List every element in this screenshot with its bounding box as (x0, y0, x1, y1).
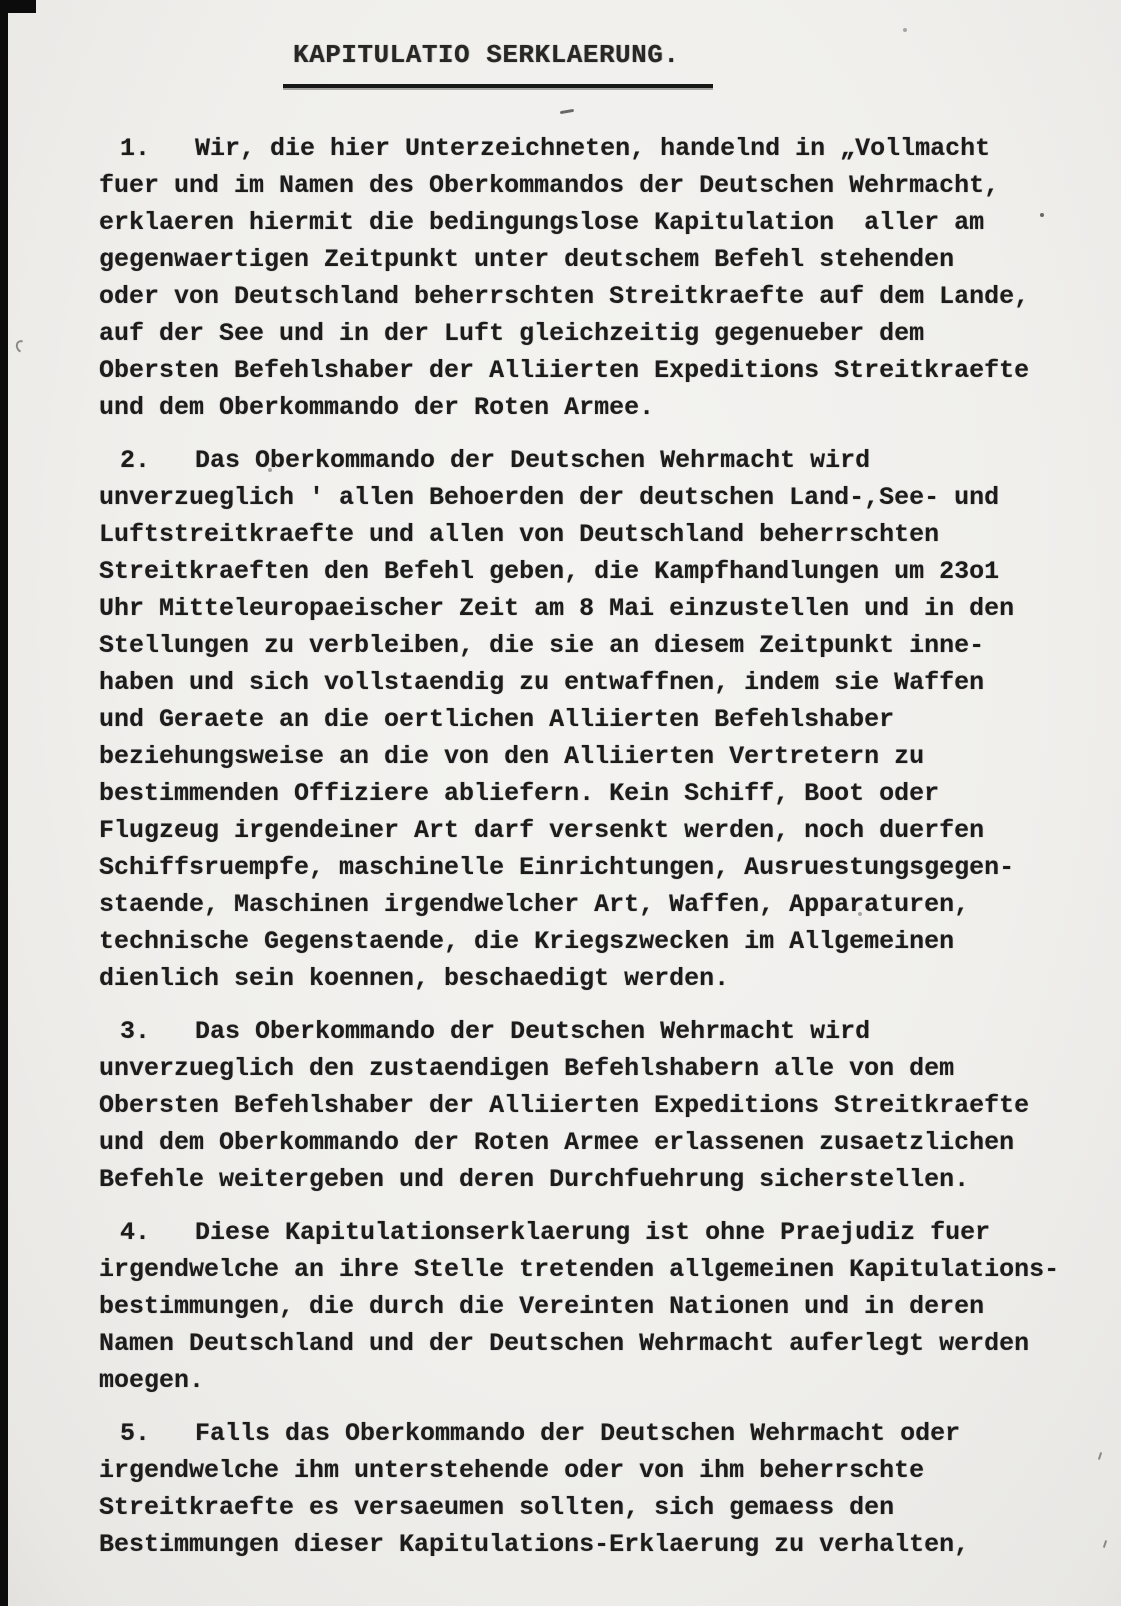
text-line: auf der See und in der Luft gleichzeitig… (99, 315, 1089, 352)
text-line: und Geraete an die oertlichen Alliierten… (99, 701, 1089, 738)
photo-artifact-dot (1040, 213, 1044, 217)
text-line: 2. Das Oberkommando der Deutschen Wehrma… (99, 442, 1089, 479)
photo-artifact-tick (1098, 1452, 1102, 1460)
text-line: Namen Deutschland und der Deutschen Wehr… (99, 1325, 1089, 1362)
text-line: Luftstreitkraefte und allen von Deutschl… (99, 516, 1089, 553)
text-line: moegen. (99, 1362, 1089, 1399)
photo-artifact-tick (1103, 1540, 1107, 1548)
document-title: KAPITULATIO SERKLAERUNG. (293, 40, 679, 70)
text-line: irgendwelche ihm unterstehende oder von … (99, 1452, 1089, 1489)
paragraph-4: 4. Diese Kapitulationserklaerung ist ohn… (99, 1214, 1089, 1399)
text-line: Streitkraeften den Befehl geben, die Kam… (99, 553, 1089, 590)
text-line: 3. Das Oberkommando der Deutschen Wehrma… (99, 1013, 1089, 1050)
text-line: 4. Diese Kapitulationserklaerung ist ohn… (99, 1214, 1089, 1251)
text-line: Stellungen zu verbleiben, die sie an die… (99, 627, 1089, 664)
text-line: Schiffsruempfe, maschinelle Einrichtunge… (99, 849, 1089, 886)
text-line: beziehungsweise an die von den Alliierte… (99, 738, 1089, 775)
text-line: haben und sich vollstaendig zu entwaffne… (99, 664, 1089, 701)
photo-top-left-corner (0, 0, 36, 13)
paragraph-1: 1. Wir, die hier Unterzeichneten, handel… (99, 130, 1089, 426)
text-line: Bestimmungen dieser Kapitulations-Erklae… (99, 1526, 1089, 1563)
text-line: bestimmungen, die durch die Vereinten Na… (99, 1288, 1089, 1325)
text-line: irgendwelche an ihre Stelle tretenden al… (99, 1251, 1089, 1288)
photo-left-edge (0, 0, 8, 1606)
text-line: Flugzeug irgendeiner Art darf versenkt w… (99, 812, 1089, 849)
document-photo: KAPITULATIO SERKLAERUNG. 1. Wir, die hie… (0, 0, 1121, 1606)
text-line: fuer und im Namen des Oberkommandos der … (99, 167, 1089, 204)
paragraph-5: 5. Falls das Oberkommando der Deutschen … (99, 1415, 1089, 1563)
text-line: gegenwaertigen Zeitpunkt unter deutschem… (99, 241, 1089, 278)
text-line: Befehle weitergeben und deren Durchfuehr… (99, 1161, 1089, 1198)
text-line: staende, Maschinen irgendwelcher Art, Wa… (99, 886, 1089, 923)
photo-artifact-dot (858, 912, 862, 916)
text-line: unverzueglich den zustaendigen Befehlsha… (99, 1050, 1089, 1087)
text-line: erklaeren hiermit die bedingungslose Kap… (99, 204, 1089, 241)
text-line: 1. Wir, die hier Unterzeichneten, handel… (99, 130, 1089, 167)
text-line: dienlich sein koennen, beschaedigt werde… (99, 960, 1089, 997)
text-line: technische Gegenstaende, die Kriegszweck… (99, 923, 1089, 960)
text-line: Uhr Mitteleuropaeischer Zeit am 8 Mai ei… (99, 590, 1089, 627)
text-line: Streitkraefte es versaeumen sollten, sic… (99, 1489, 1089, 1526)
photo-artifact-dot (268, 468, 272, 472)
text-line: und dem Oberkommando der Roten Armee erl… (99, 1124, 1089, 1161)
title-underline (283, 84, 713, 88)
photo-artifact-dash (560, 109, 574, 114)
photo-artifact-dot (903, 28, 907, 32)
text-line: oder von Deutschland beherrschten Streit… (99, 278, 1089, 315)
text-line: 5. Falls das Oberkommando der Deutschen … (99, 1415, 1089, 1452)
photo-artifact-comma (14, 338, 29, 354)
document-body: 1. Wir, die hier Unterzeichneten, handel… (99, 130, 1089, 1579)
text-line: bestimmenden Offiziere abliefern. Kein S… (99, 775, 1089, 812)
paragraph-3: 3. Das Oberkommando der Deutschen Wehrma… (99, 1013, 1089, 1198)
text-line: Obersten Befehlshaber der Alliierten Exp… (99, 1087, 1089, 1124)
text-line: unverzueglich ' allen Behoerden der deut… (99, 479, 1089, 516)
text-line: Obersten Befehlshaber der Alliierten Exp… (99, 352, 1089, 389)
paragraph-2: 2. Das Oberkommando der Deutschen Wehrma… (99, 442, 1089, 997)
text-line: und dem Oberkommando der Roten Armee. (99, 389, 1089, 426)
